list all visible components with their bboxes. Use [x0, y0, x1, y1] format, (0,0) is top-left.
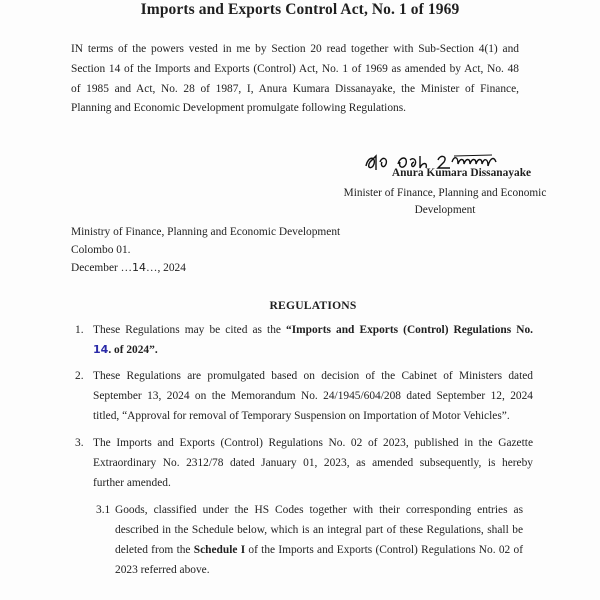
signer-title: Minister of Finance, Planning and Econom… [340, 185, 550, 219]
ministry-name: Ministry of Finance, Planning and Econom… [71, 224, 340, 242]
preamble-line: Section 14 of the Imports and Exports (C… [71, 60, 519, 80]
clause-line: These Regulations are promulgated based … [93, 366, 533, 386]
clause-1: 1. These Regulations may be cited as the… [71, 320, 533, 360]
document-title: Imports and Exports Control Act, No. 1 o… [0, 1, 600, 19]
clause-line: Extraordinary No. 2312/78 dated January … [93, 453, 533, 473]
subclause-text: of the Imports and Exports (Control) Reg… [245, 544, 523, 556]
clause-2: 2. These Regulations are promulgated bas… [71, 366, 533, 426]
date-year: …, 2024 [146, 262, 186, 274]
clause-number: 1. [75, 320, 84, 340]
regulation-citation-year: . of 2024”. [108, 344, 157, 356]
subclause-line: described in the Schedule below, which i… [115, 520, 523, 540]
regulation-citation: “Imports and Exports (Control) Regulatio… [286, 324, 533, 336]
preamble-line: Planning and Economic Development promul… [71, 99, 519, 119]
clause-body: The Imports and Exports (Control) Regula… [93, 433, 533, 493]
clause-line: titled, “Approval for removal of Tempora… [93, 406, 533, 426]
subclause-line: Goods, classified under the HS Codes tog… [115, 500, 523, 520]
ministry-city: Colombo 01. [71, 242, 340, 260]
clause-line: September 13, 2024 on the Memorandum No.… [93, 386, 533, 406]
signer-title-line: Development [340, 202, 550, 219]
schedule-reference: Schedule I [194, 544, 245, 556]
date-day-handwritten: 14 [132, 261, 146, 274]
clause-text: These Regulations may be cited as the [93, 324, 286, 336]
preamble-paragraph: IN terms of the powers vested in me by S… [71, 40, 519, 119]
preamble-line: IN terms of the powers vested in me by S… [71, 40, 519, 60]
date-month: December … [71, 262, 132, 274]
subclause-line: 2023 referred above. [115, 560, 523, 580]
document-page: Imports and Exports Control Act, No. 1 o… [0, 0, 600, 600]
clause-line: further amended. [93, 473, 533, 493]
clause-line: The Imports and Exports (Control) Regula… [93, 433, 533, 453]
ministry-address: Ministry of Finance, Planning and Econom… [71, 224, 340, 278]
regulation-number-handwritten: 14 [93, 343, 108, 356]
clause-body: These Regulations may be cited as the “I… [93, 320, 533, 360]
clause-body: These Regulations are promulgated based … [93, 366, 533, 426]
subclause-body: Goods, classified under the HS Codes tog… [115, 500, 523, 580]
subclause-3-1: 3.1 Goods, classified under the HS Codes… [93, 500, 523, 580]
preamble-line: of 1985 and Act, No. 28 of 1987, I, Anur… [71, 80, 519, 100]
clause-number: 3. [75, 433, 84, 453]
clause-number: 2. [75, 366, 84, 386]
subclause-line: deleted from the Schedule I of the Impor… [115, 540, 523, 560]
clause-line: These Regulations may be cited as the “I… [93, 320, 533, 340]
issue-date: December …14…, 2024 [71, 259, 340, 278]
signer-title-line: Minister of Finance, Planning and Econom… [340, 185, 550, 202]
regulations-heading: REGULATIONS [0, 299, 600, 312]
subclause-number: 3.1 [96, 500, 110, 520]
clause-3: 3. The Imports and Exports (Control) Reg… [71, 433, 533, 493]
signer-name: Anura Kumara Dissanayake [340, 167, 555, 179]
subclause-text: deleted from the [115, 544, 194, 556]
clause-line: 14. of 2024”. [93, 340, 533, 360]
